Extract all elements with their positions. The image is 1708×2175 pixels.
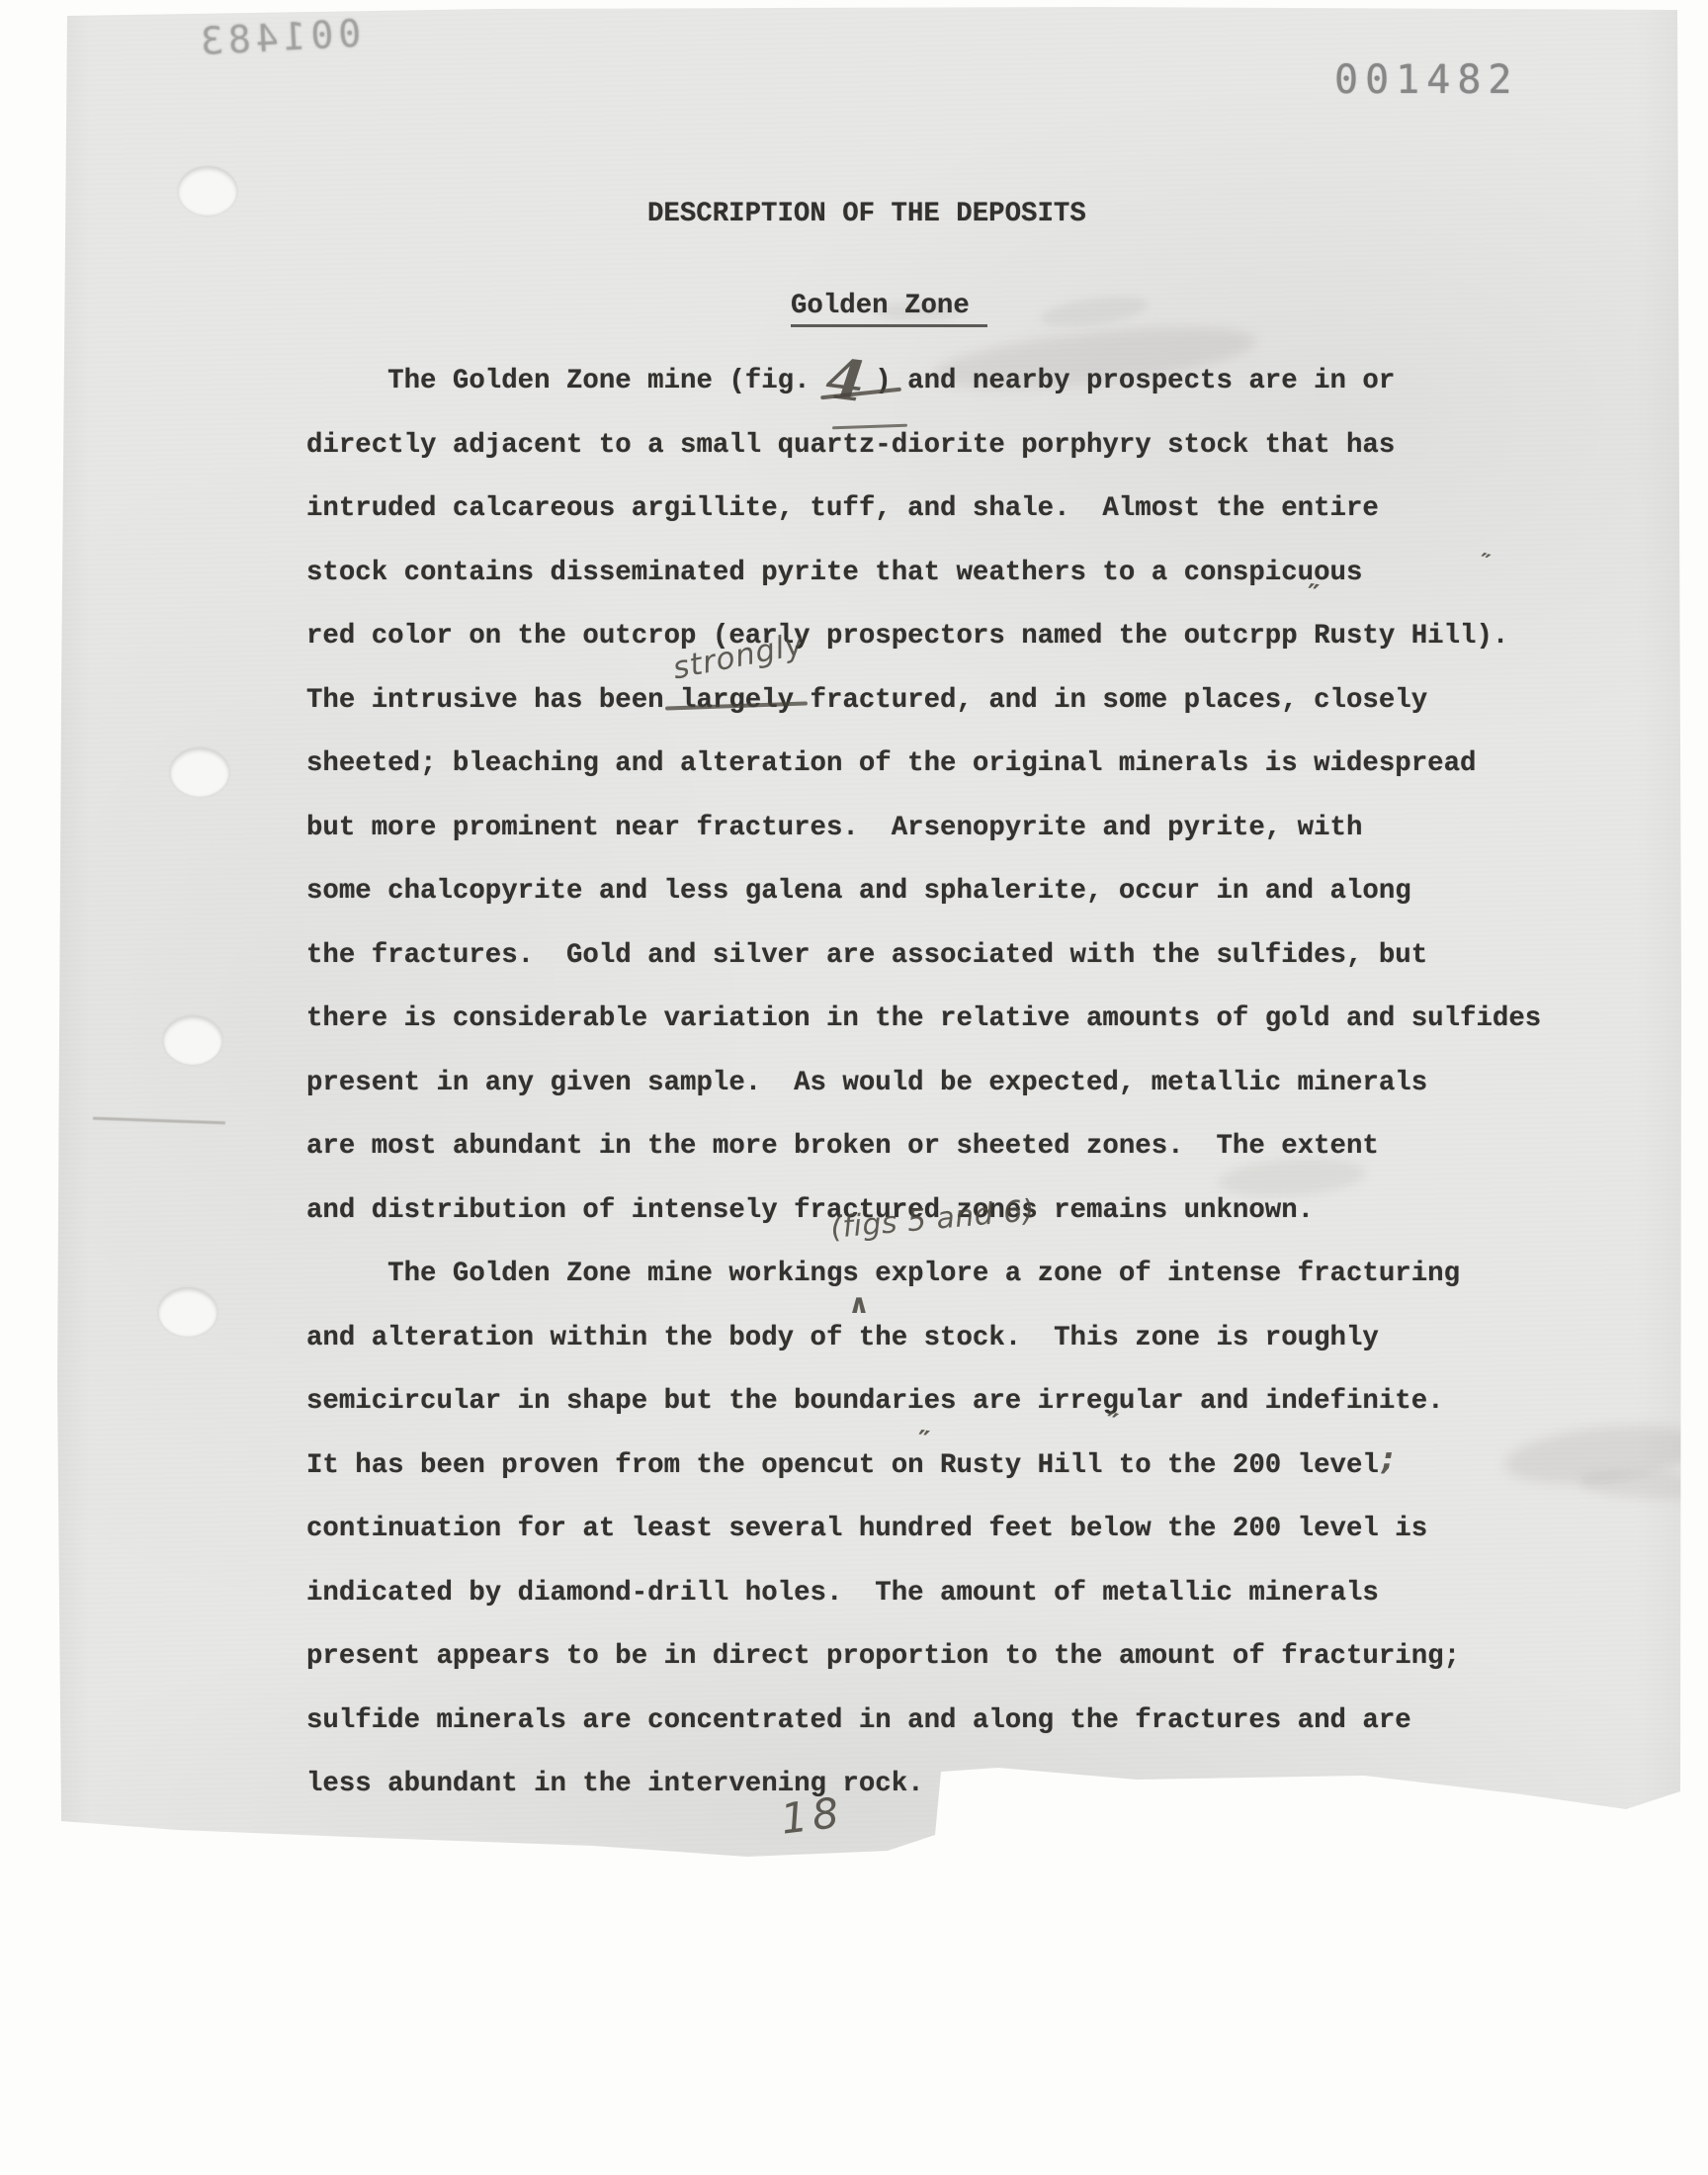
typed-line: stock contains disseminated pyrite that … — [306, 558, 1362, 589]
typed-line: are most abundant in the more broken or … — [306, 1131, 1379, 1163]
punch-hole — [170, 747, 229, 797]
typed-line: continuation for at least several hundre… — [306, 1514, 1427, 1545]
scanned-document-page: { "stamps": { "serial": "001482", "mirro… — [0, 0, 1708, 2175]
section-subtitle: Golden Zone — [791, 291, 987, 327]
typed-line: the fractures. Gold and silver are assoc… — [306, 940, 1427, 972]
handwritten-semicolon: ; — [1382, 1441, 1394, 1477]
punch-hole — [163, 1015, 222, 1065]
typed-line: intruded calcareous argillite, tuff, and… — [306, 493, 1379, 525]
typed-line: The intrusive has been largely fractured… — [306, 685, 1427, 717]
typed-line: sheeted; bleaching and alteration of the… — [306, 748, 1476, 780]
typed-line: present appears to be in direct proporti… — [306, 1641, 1460, 1673]
typed-line: there is considerable variation in the r… — [306, 1003, 1541, 1035]
typed-line: sulfide minerals are concentrated in and… — [306, 1705, 1411, 1737]
punch-hole — [178, 166, 237, 216]
page-title: DESCRIPTION OF THE DEPOSITS — [647, 199, 1086, 229]
typed-line: semicircular in shape but the boundaries… — [306, 1386, 1444, 1418]
typed-line: but more prominent near fractures. Arsen… — [306, 813, 1362, 844]
typed-line: indicated by diamond-drill holes. The am… — [306, 1578, 1379, 1609]
handwritten-page-number: 18 — [778, 1787, 846, 1843]
typed-line: red color on the outcrop (early prospect… — [306, 621, 1508, 652]
mirrored-serial-stamp: 001483 — [195, 12, 362, 64]
typed-line: and alteration within the body of the st… — [306, 1323, 1379, 1354]
typed-line: some chalcopyrite and less galena and sp… — [306, 876, 1411, 908]
crease-mark — [93, 1117, 225, 1124]
insertion-caret: ∧ — [848, 1289, 870, 1320]
typed-line: present in any given sample. As would be… — [306, 1068, 1427, 1099]
pencil-smudge — [1578, 1468, 1707, 1503]
typed-line: The Golden Zone mine workings explore a … — [306, 1259, 1460, 1290]
typed-line: and distribution of intensely fractured … — [306, 1195, 1314, 1227]
handwritten-figure-number: 4 — [822, 346, 869, 415]
pencil-smudge — [1039, 291, 1151, 331]
typed-line: It has been proven from the opencut on R… — [306, 1450, 1379, 1482]
serial-number-stamp: 001482 — [1334, 57, 1519, 103]
punch-hole — [158, 1287, 217, 1337]
typed-line: directly adjacent to a small quartz-dior… — [306, 430, 1395, 462]
